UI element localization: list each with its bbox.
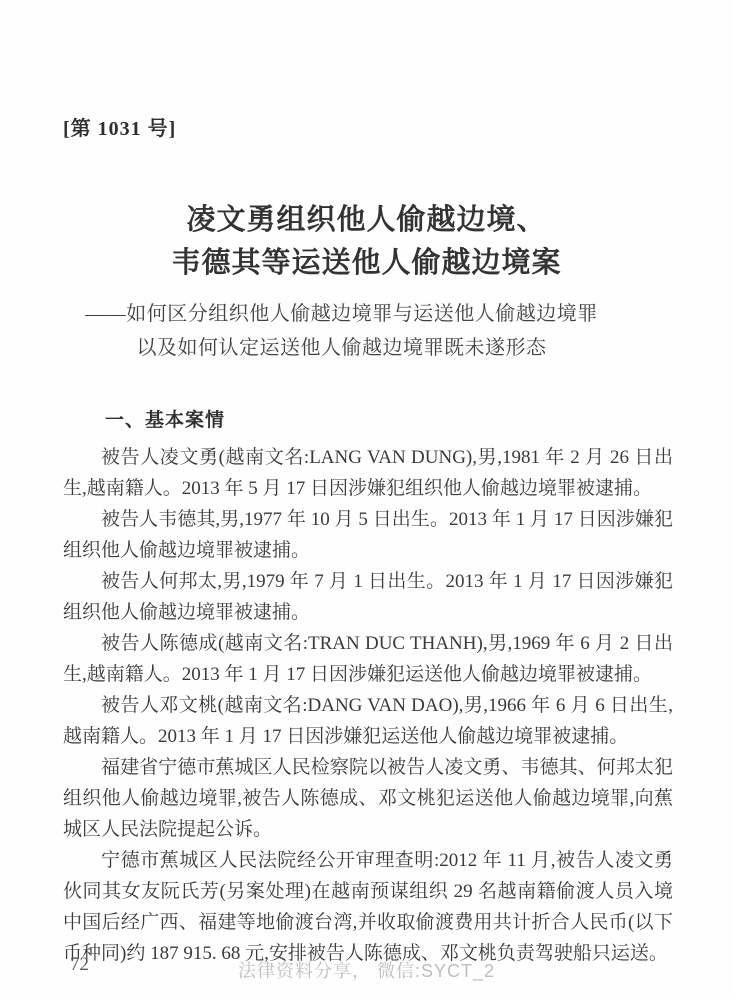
paragraph-defendant-wei-deqi: 被告人韦德其,男,1977 年 10 月 5 日出生。2013 年 1 月 17… (63, 504, 673, 566)
section-heading-basic-facts: 一、基本案情 (105, 405, 225, 432)
paragraph-defendant-he-bangtai: 被告人何邦太,男,1979 年 7 月 1 日出生。2013 年 1 月 17 … (63, 566, 673, 628)
body-text: 被告人凌文勇(越南文名:LANG VAN DUNG),男,1981 年 2 月 … (63, 442, 673, 969)
paragraph-defendant-deng-wentao: 被告人邓文桃(越南文名:DANG VAN DAO),男,1966 年 6 月 6… (63, 690, 673, 752)
paragraph-defendant-ling-wenyong: 被告人凌文勇(越南文名:LANG VAN DUNG),男,1981 年 2 月 … (63, 442, 673, 504)
case-title-line-2: 韦德其等运送他人偷越边境案 (171, 247, 561, 279)
case-subtitle: ——如何区分组织他人偷越边境罪与运送他人偷越边境罪 以及如何认定运送他人偷越边境… (0, 297, 733, 365)
paragraph-prosecution: 福建省宁德市蕉城区人民检察院以被告人凌文勇、韦德其、何邦太犯组织他人偷越边境罪,… (63, 752, 673, 845)
paragraph-defendant-chen-decheng: 被告人陈德成(越南文名:TRAN DUC THANH),男,1969 年 6 月… (63, 628, 673, 690)
document-page: [第 1031 号] 凌文勇组织他人偷越边境、 韦德其等运送他人偷越边境案 ——… (0, 0, 733, 999)
watermark-text: 法律资料分享， 微信:SYCT_2 (0, 957, 733, 983)
case-title-line-1: 凌文勇组织他人偷越边境、 (186, 204, 546, 236)
case-number: [第 1031 号] (63, 112, 176, 141)
paragraph-court-findings: 宁德市蕉城区人民法院经公开审理查明:2012 年 11 月,被告人凌文勇伙同其女… (63, 845, 673, 969)
case-subtitle-line-1: ——如何区分组织他人偷越边境罪与运送他人偷越边境罪 (0, 297, 683, 331)
case-subtitle-line-2: 以及如何认定运送他人偷越边境罪既未遂形态 (0, 331, 683, 365)
case-title: 凌文勇组织他人偷越边境、 韦德其等运送他人偷越边境案 (0, 199, 733, 285)
